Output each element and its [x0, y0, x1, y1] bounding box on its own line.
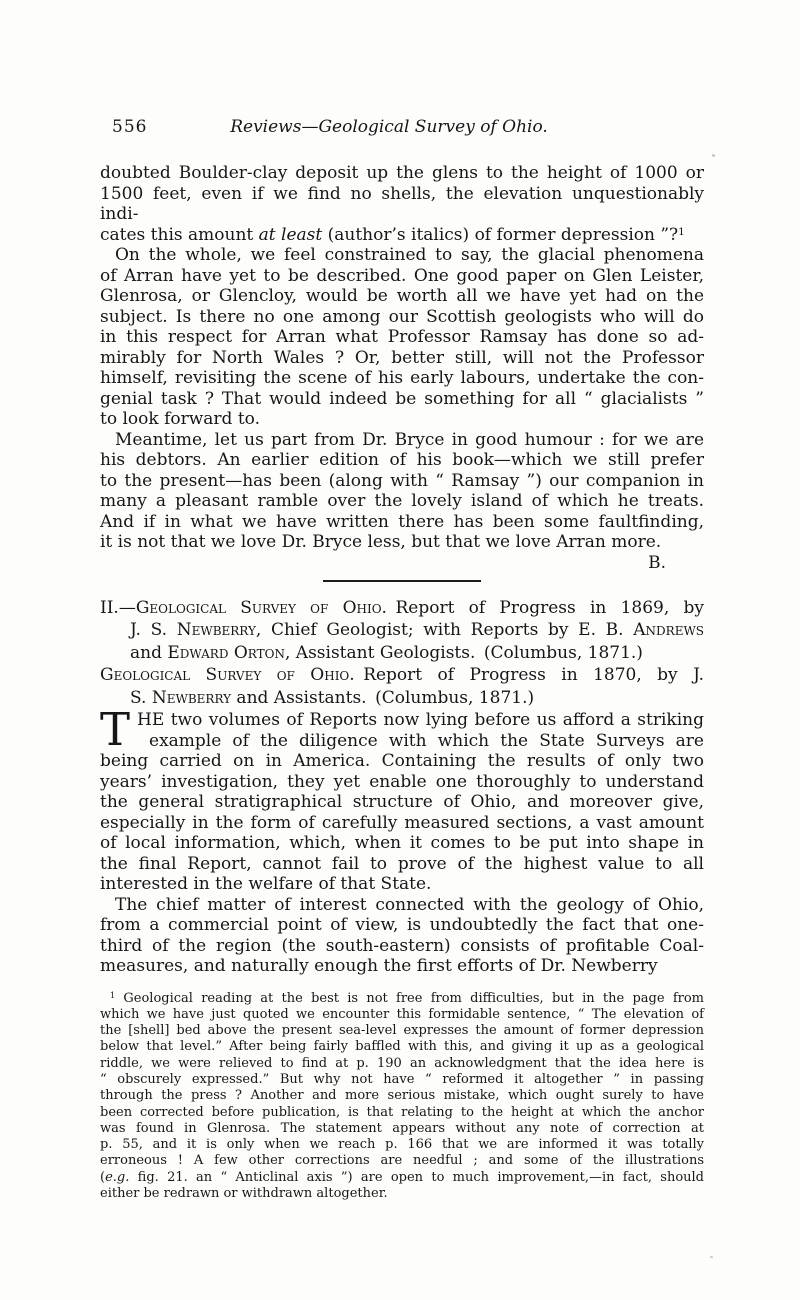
text-line: (e.g. fig. 21. an “ Anticlinal axis ”) a… [100, 1170, 704, 1186]
text-line: and Edward Orton, Assistant Geologists. … [100, 642, 704, 665]
text-line: J. S. Newberry, Chief Geologist; with Re… [100, 619, 704, 642]
text-line: to the present—has been (along with “ Ra… [100, 471, 704, 492]
text-line: On the whole, we feel constrained to say… [100, 245, 704, 266]
text-line: through the press ? Another and more ser… [100, 1088, 704, 1104]
dropcap-letter: T [100, 712, 130, 751]
text-line: genial task ? That would indeed be somet… [100, 389, 704, 410]
text-line: cates this amount at least (author’s ita… [100, 225, 704, 246]
reviewer-signature: B. [100, 553, 704, 574]
article-heading-report-1869: II.—Geological Survey of Ohio. Report of… [100, 597, 704, 665]
text-line: The chief matter of interest connected w… [100, 895, 704, 916]
scan-artifact [712, 154, 715, 157]
text-line: example of the diligence with which the … [100, 731, 704, 752]
text-line: 1 Geological reading at the best is not … [100, 991, 704, 1007]
text-line: Glenrosa, or Glencloy, would be worth al… [100, 286, 704, 307]
paragraph-chief-matter: The chief matter of interest connected w… [100, 895, 704, 977]
section-divider [323, 580, 481, 582]
text-line: was found in Glenrosa. The statement app… [100, 1121, 704, 1137]
text-line: years’ investigation, they yet enable on… [100, 772, 704, 793]
text-line: especially in the form of carefully meas… [100, 813, 704, 834]
paragraph-arran-conclusion-2: On the whole, we feel constrained to say… [100, 245, 704, 430]
text-line: of local information, which, when it com… [100, 833, 704, 854]
paragraph-arran-conclusion-1: doubted Boulder-clay deposit up the glen… [100, 163, 704, 245]
text-line: riddle, we were relieved to find at p. 1… [100, 1056, 704, 1072]
paragraph-arran-conclusion-3: Meantime, let us part from Dr. Bryce in … [100, 430, 704, 553]
text-line: HE two volumes of Reports now lying befo… [100, 710, 704, 731]
text-line: either be redrawn or withdrawn altogethe… [100, 1186, 704, 1202]
footnote: 1 Geological reading at the best is not … [100, 991, 704, 1203]
paragraph-two-volumes: T HE two volumes of Reports now lying be… [100, 710, 704, 895]
running-title: Reviews—Geological Survey of Ohio. [100, 117, 678, 137]
text-line: from a commercial point of view, is undo… [100, 915, 704, 936]
text-line: doubted Boulder-clay deposit up the glen… [100, 163, 704, 184]
text-line: II.—Geological Survey of Ohio. Report of… [100, 597, 704, 620]
article-heading-report-1870: Geological Survey of Ohio. Report of Pro… [100, 664, 704, 709]
text-block: 556 Reviews—Geological Survey of Ohio. d… [100, 117, 704, 1202]
text-line: Geological Survey of Ohio. Report of Pro… [100, 664, 704, 687]
text-line: Meantime, let us part from Dr. Bryce in … [100, 430, 704, 451]
text-line: “ obscurely expressed.” But why not have… [100, 1072, 704, 1088]
scan-artifact [710, 1256, 713, 1258]
text-line: 1500 feet, even if we find no shells, th… [100, 184, 704, 225]
paragraph-two-volumes-lines: HE two volumes of Reports now lying befo… [100, 710, 704, 895]
text-line: himself, revisiting the scene of his ear… [100, 368, 704, 389]
text-line: of Arran have yet to be described. One g… [100, 266, 704, 287]
text-line: many a pleasant ramble over the lovely i… [100, 491, 704, 512]
text-line: S. Newberry and Assistants. (Columbus, 1… [100, 687, 704, 710]
text-line: being carried on in America. Containing … [100, 751, 704, 772]
text-line: measures, and naturally enough the first… [100, 956, 704, 977]
text-line: below that level.” After being fairly ba… [100, 1039, 704, 1055]
text-line: his debtors. An earlier edition of his b… [100, 450, 704, 471]
page-header: 556 Reviews—Geological Survey of Ohio. [100, 117, 704, 139]
text-line: mirably for North Wales ? Or, better sti… [100, 348, 704, 369]
text-line: interested in the welfare of that State. [100, 874, 704, 895]
text-line: third of the region (the south-eastern) … [100, 936, 704, 957]
text-line: erroneous ! A few other corrections are … [100, 1153, 704, 1169]
text-line: it is not that we love Dr. Bryce less, b… [100, 532, 704, 553]
text-line: been corrected before publication, is th… [100, 1105, 704, 1121]
text-line: the general stratigraphical structure of… [100, 792, 704, 813]
scanned-journal-page: 556 Reviews—Geological Survey of Ohio. d… [0, 0, 800, 1300]
text-line: the final Report, cannot fail to prove o… [100, 854, 704, 875]
text-line: p. 55, and it is only when we reach p. 1… [100, 1137, 704, 1153]
text-line: And if in what we have written there has… [100, 512, 704, 533]
text-line: in this respect for Arran what Professor… [100, 327, 704, 348]
text-line: subject. Is there no one among our Scott… [100, 307, 704, 328]
text-line: the [shell] bed above the present sea-le… [100, 1023, 704, 1039]
text-line: to look forward to. [100, 409, 704, 430]
text-line: which we have just quoted we encounter t… [100, 1007, 704, 1023]
